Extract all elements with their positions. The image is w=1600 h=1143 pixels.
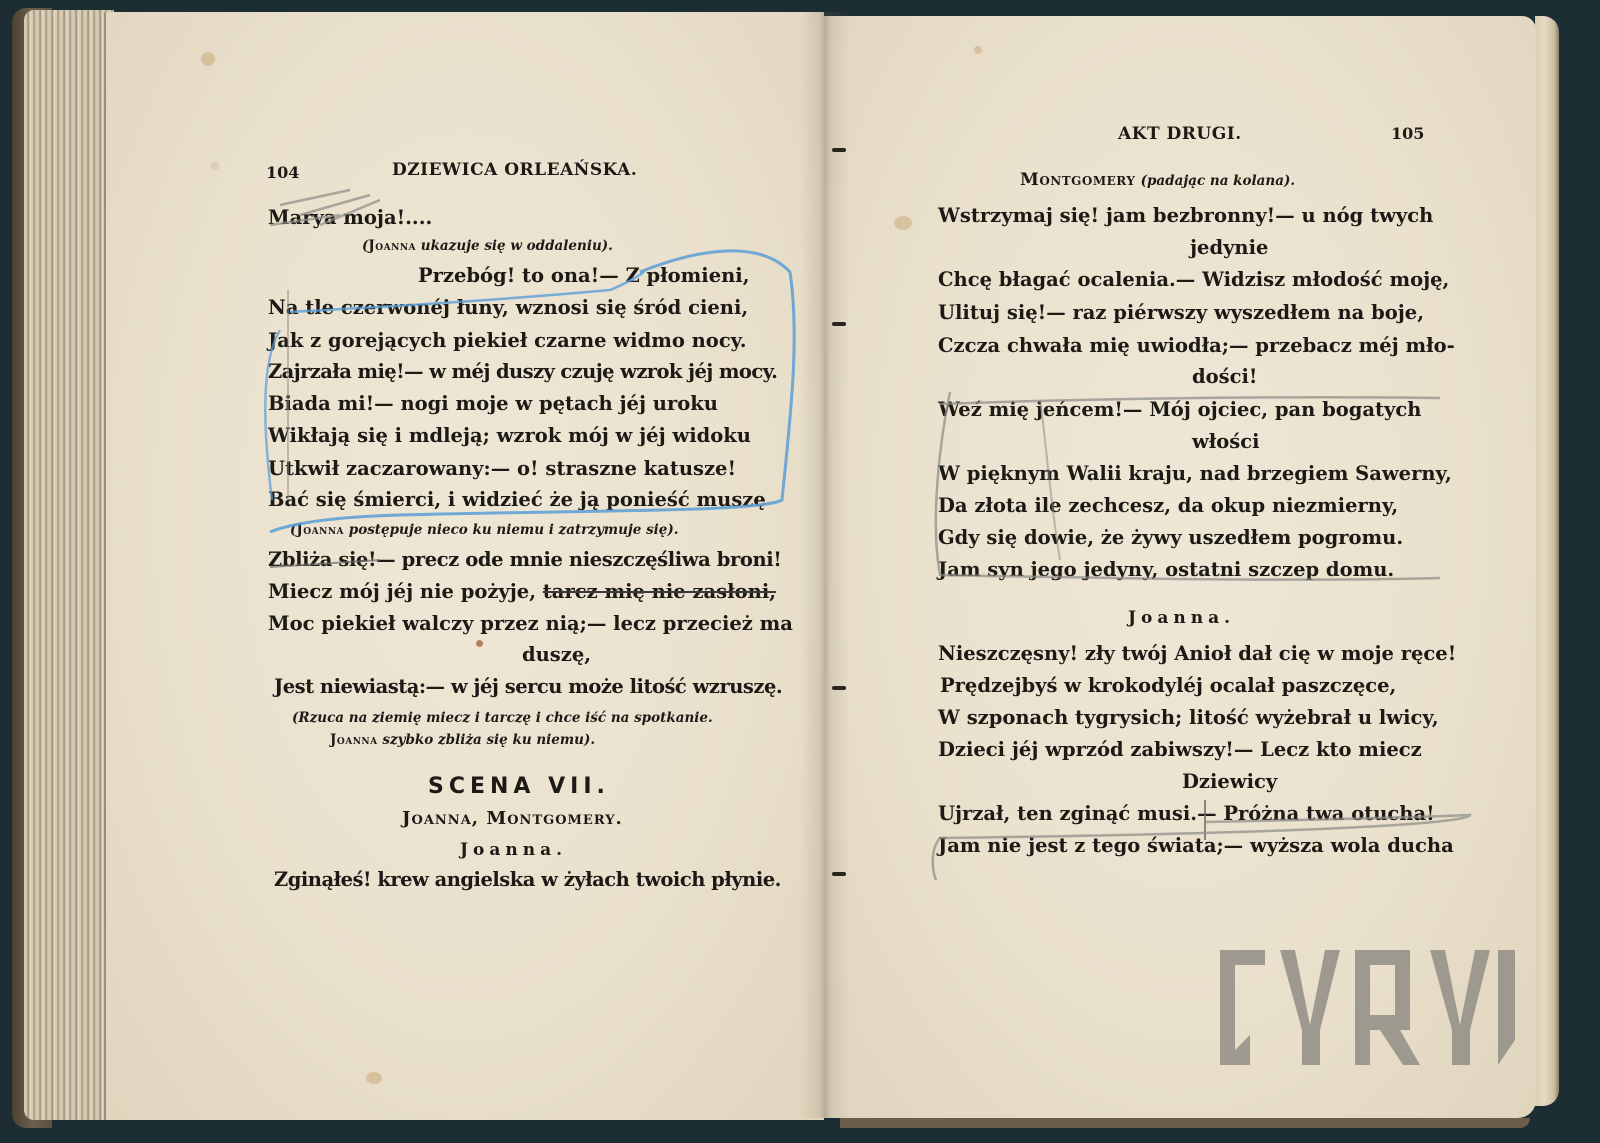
speaker-name: Joanna.	[460, 840, 567, 860]
verse-line: Jest niewiastą:— w jéj sercu może litość…	[274, 677, 782, 697]
stage-direction: (Rzuca na ziemię miecz i tarczę i chce i…	[292, 710, 713, 726]
verse-line: Jam syn jego jedyny, ostatni szczep domu…	[938, 560, 1394, 580]
scene-title: SCENA VII.	[428, 774, 610, 799]
running-head-right: AKT DRUGI.	[1118, 124, 1242, 144]
verse-line: W szponach tygrysich; litość wyżebrał u …	[938, 708, 1439, 728]
speaker-name: Joanna.	[1128, 608, 1235, 628]
verse-line: Wikłają się i mdleją; wzrok mój w jéj wi…	[268, 426, 751, 446]
page-number-left: 104	[266, 163, 299, 182]
verse-line-continuation: duszę,	[522, 645, 591, 665]
stage-direction: (Joanna ukazuje się w oddaleniu).	[362, 238, 613, 254]
struck-through-text: tarcz mię nie zasłoni,	[543, 580, 776, 603]
verse-line: Zginąłeś! krew angielska w żyłach twoich…	[274, 870, 781, 890]
verse-line: Jak z gorejących piekieł czarne widmo no…	[268, 331, 747, 351]
speaker-heading: Montgomery (padając na kolana).	[1020, 170, 1295, 190]
verse-line: Moc piekieł walczy przez nią;— lecz prze…	[268, 614, 793, 634]
verse-line: Weź mię jeńcem!— Mój ojciec, pan bogatyc…	[938, 400, 1421, 420]
verse-line: Wstrzymaj się! jam bezbronny!— u nóg twy…	[938, 206, 1433, 226]
verse-line: Prędzejbyś w krokodyléj ocalał paszczęce…	[940, 676, 1396, 696]
character-name: Joanna	[296, 522, 344, 538]
verse-line: Zajrzała mię!— w méj duszy czuję wzrok j…	[268, 362, 777, 382]
verse-line-continuation: włości	[1192, 432, 1260, 452]
verse-line: Utkwił zaczarowany:— o! straszne katusze…	[268, 459, 736, 479]
verse-line: Biada mi!— nogi moje w pętach jéj uroku	[268, 394, 718, 414]
verse-line: Czcza chwała mię uwiodła;— przebacz méj …	[938, 336, 1455, 356]
binding-stitch	[832, 686, 846, 690]
verse-line: Da złota ile zechcesz, da okup niezmiern…	[938, 496, 1398, 516]
speaker-name: Montgomery	[1020, 170, 1135, 190]
binding-stitch	[832, 322, 846, 326]
verse-line: Gdy się dowie, że żywy uszedłem pogromu.	[938, 528, 1403, 548]
verse-line: Przebóg! to ona!— Z płomieni,	[418, 266, 750, 286]
page-number-right: 105	[1391, 124, 1424, 143]
scene-characters: Joanna, Montgomery.	[402, 808, 623, 829]
verse-line: Nieszczęsny! zły twój Anioł dał cię w mo…	[938, 644, 1456, 664]
book-cover-edge-bottom	[840, 1118, 1530, 1128]
open-book: 104 DZIEWICA ORLEAŃSKA. Marya moja!.... …	[0, 0, 1600, 1143]
verse-line-continuation: jedynie	[1190, 238, 1268, 258]
verse-line: Chcę błagać ocalenia.— Widzisz młodość m…	[938, 270, 1449, 290]
verse-line-continuation: Dziewicy	[1182, 772, 1277, 792]
verse-line: Bać się śmierci, i widzieć że ją ponieść…	[268, 490, 766, 510]
binding-stitch	[832, 872, 846, 876]
verse-line: Ujrzał, ten zginąć musi.— Próżna twa otu…	[938, 804, 1435, 824]
verse-line: W pięknym Walii kraju, nad brzegiem Sawe…	[938, 464, 1452, 484]
verse-line: Na tle czerwonéj łuny, wznosi się śród c…	[268, 298, 748, 318]
stage-direction: (padając na kolana).	[1141, 173, 1295, 189]
running-head-left: DZIEWICA ORLEAŃSKA.	[392, 160, 637, 180]
character-name: Joanna	[330, 732, 378, 748]
book-gutter	[800, 12, 850, 1118]
page-stack-right	[1535, 16, 1559, 1106]
binding-stitch	[832, 148, 846, 152]
verse-line: Ulituj się!— raz piérwszy wyszedłem na b…	[938, 303, 1424, 323]
verse-line: Jam nie jest z tego świata;— wyższa wola…	[938, 836, 1454, 856]
verse-line: Marya moja!....	[268, 208, 432, 228]
verse-line: Miecz mój jéj nie pożyje, tarcz mię nie …	[268, 582, 776, 602]
page-stack-left	[24, 10, 114, 1120]
stage-direction: (Joanna postępuje nieco ku niemu i zatrz…	[290, 522, 679, 538]
verse-line: Zbliża się!— precz ode mnie nieszczęśliw…	[268, 550, 781, 570]
stage-direction: Joanna szybko zbliża się ku niemu).	[330, 732, 595, 748]
verse-line-continuation: dości!	[1192, 367, 1257, 387]
cyryl-watermark-logo	[1220, 950, 1520, 1080]
verse-line: Dzieci jéj wprzód zabiwszy!— Lecz kto mi…	[938, 740, 1422, 760]
character-name: Joanna	[368, 238, 416, 254]
